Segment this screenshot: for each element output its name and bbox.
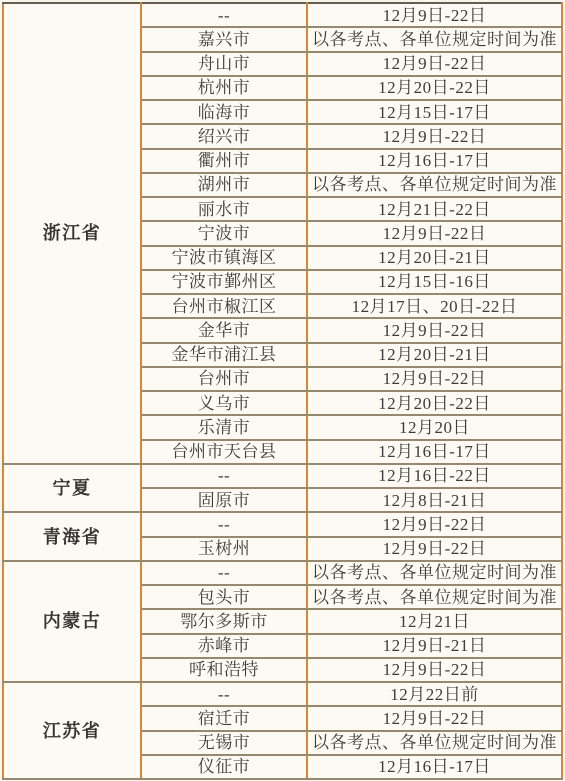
city-cell: 包头市 (141, 585, 307, 609)
city-cell: 鄂尔多斯市 (141, 609, 307, 633)
date-cell: 12月9日-22日 (307, 124, 562, 148)
date-cell: 以各考点、各单位规定时间为准 (307, 561, 562, 585)
date-cell: 12月21日 (307, 609, 562, 633)
city-cell: -- (141, 561, 307, 585)
city-cell: -- (141, 512, 307, 536)
date-cell: 12月20日 (307, 415, 562, 439)
province-cell: 江苏省 (3, 682, 141, 779)
city-cell: 嘉兴市 (141, 27, 307, 51)
date-cell: 12月16日-17日 (307, 149, 562, 173)
table-row: 内蒙古--以各考点、各单位规定时间为准 (3, 561, 562, 585)
table-row: 浙江省--12月9日-22日 (3, 3, 562, 27)
date-cell: 12月9日-22日 (307, 318, 562, 342)
date-cell: 12月16日-17日 (307, 755, 562, 779)
city-cell: -- (141, 3, 307, 27)
date-cell: 以各考点、各单位规定时间为准 (307, 585, 562, 609)
date-cell: 以各考点、各单位规定时间为准 (307, 731, 562, 755)
city-cell: 湖州市 (141, 173, 307, 197)
city-cell: 无锡市 (141, 731, 307, 755)
date-cell: 12月15日-17日 (307, 100, 562, 124)
city-cell: 宿迁市 (141, 706, 307, 730)
date-cell: 12月9日-22日 (307, 367, 562, 391)
province-cell: 青海省 (3, 512, 141, 561)
city-cell: 台州市 (141, 367, 307, 391)
table-body: 浙江省--12月9日-22日嘉兴市以各考点、各单位规定时间为准舟山市12月9日-… (3, 3, 562, 779)
date-cell: 12月20日-22日 (307, 76, 562, 100)
date-cell: 12月8日-21日 (307, 488, 562, 512)
date-cell: 12月20日-22日 (307, 391, 562, 415)
date-cell: 12月16日-22日 (307, 464, 562, 488)
date-cell: 12月20日-21日 (307, 343, 562, 367)
date-cell: 12月9日-22日 (307, 512, 562, 536)
city-cell: 宁波市镇海区 (141, 246, 307, 270)
province-cell: 内蒙古 (3, 561, 141, 682)
city-cell: 舟山市 (141, 52, 307, 76)
city-cell: 玉树州 (141, 537, 307, 561)
table-row: 青海省--12月9日-22日 (3, 512, 562, 536)
date-cell: 12月16日-17日 (307, 440, 562, 464)
date-cell: 12月9日-22日 (307, 221, 562, 245)
city-cell: 仪征市 (141, 755, 307, 779)
city-cell: 宁波市 (141, 221, 307, 245)
date-cell: 12月9日-22日 (307, 3, 562, 27)
city-cell: 呼和浩特 (141, 658, 307, 682)
table-row: 江苏省--12月22日前 (3, 682, 562, 706)
city-cell: 宁波市鄞州区 (141, 270, 307, 294)
city-cell: 衢州市 (141, 149, 307, 173)
city-cell: -- (141, 464, 307, 488)
date-cell: 12月9日-22日 (307, 52, 562, 76)
exam-schedule-table: 浙江省--12月9日-22日嘉兴市以各考点、各单位规定时间为准舟山市12月9日-… (2, 2, 563, 780)
city-cell: 临海市 (141, 100, 307, 124)
city-cell: -- (141, 682, 307, 706)
city-cell: 金华市浦江县 (141, 343, 307, 367)
schedule-page: 浙江省--12月9日-22日嘉兴市以各考点、各单位规定时间为准舟山市12月9日-… (0, 0, 565, 781)
city-cell: 杭州市 (141, 76, 307, 100)
date-cell: 以各考点、各单位规定时间为准 (307, 173, 562, 197)
date-cell: 12月20日-21日 (307, 246, 562, 270)
date-cell: 12月9日-22日 (307, 706, 562, 730)
city-cell: 台州市天台县 (141, 440, 307, 464)
province-cell: 宁夏 (3, 464, 141, 513)
table-row: 宁夏--12月16日-22日 (3, 464, 562, 488)
city-cell: 义乌市 (141, 391, 307, 415)
date-cell: 12月17日、20日-22日 (307, 294, 562, 318)
city-cell: 固原市 (141, 488, 307, 512)
date-cell: 12月9日-22日 (307, 537, 562, 561)
city-cell: 金华市 (141, 318, 307, 342)
date-cell: 12月22日前 (307, 682, 562, 706)
city-cell: 丽水市 (141, 197, 307, 221)
province-cell: 浙江省 (3, 3, 141, 464)
date-cell: 12月9日-22日 (307, 658, 562, 682)
city-cell: 台州市椒江区 (141, 294, 307, 318)
date-cell: 以各考点、各单位规定时间为准 (307, 27, 562, 51)
date-cell: 12月21日-22日 (307, 197, 562, 221)
city-cell: 绍兴市 (141, 124, 307, 148)
date-cell: 12月9日-21日 (307, 634, 562, 658)
city-cell: 乐清市 (141, 415, 307, 439)
date-cell: 12月15日-16日 (307, 270, 562, 294)
city-cell: 赤峰市 (141, 634, 307, 658)
